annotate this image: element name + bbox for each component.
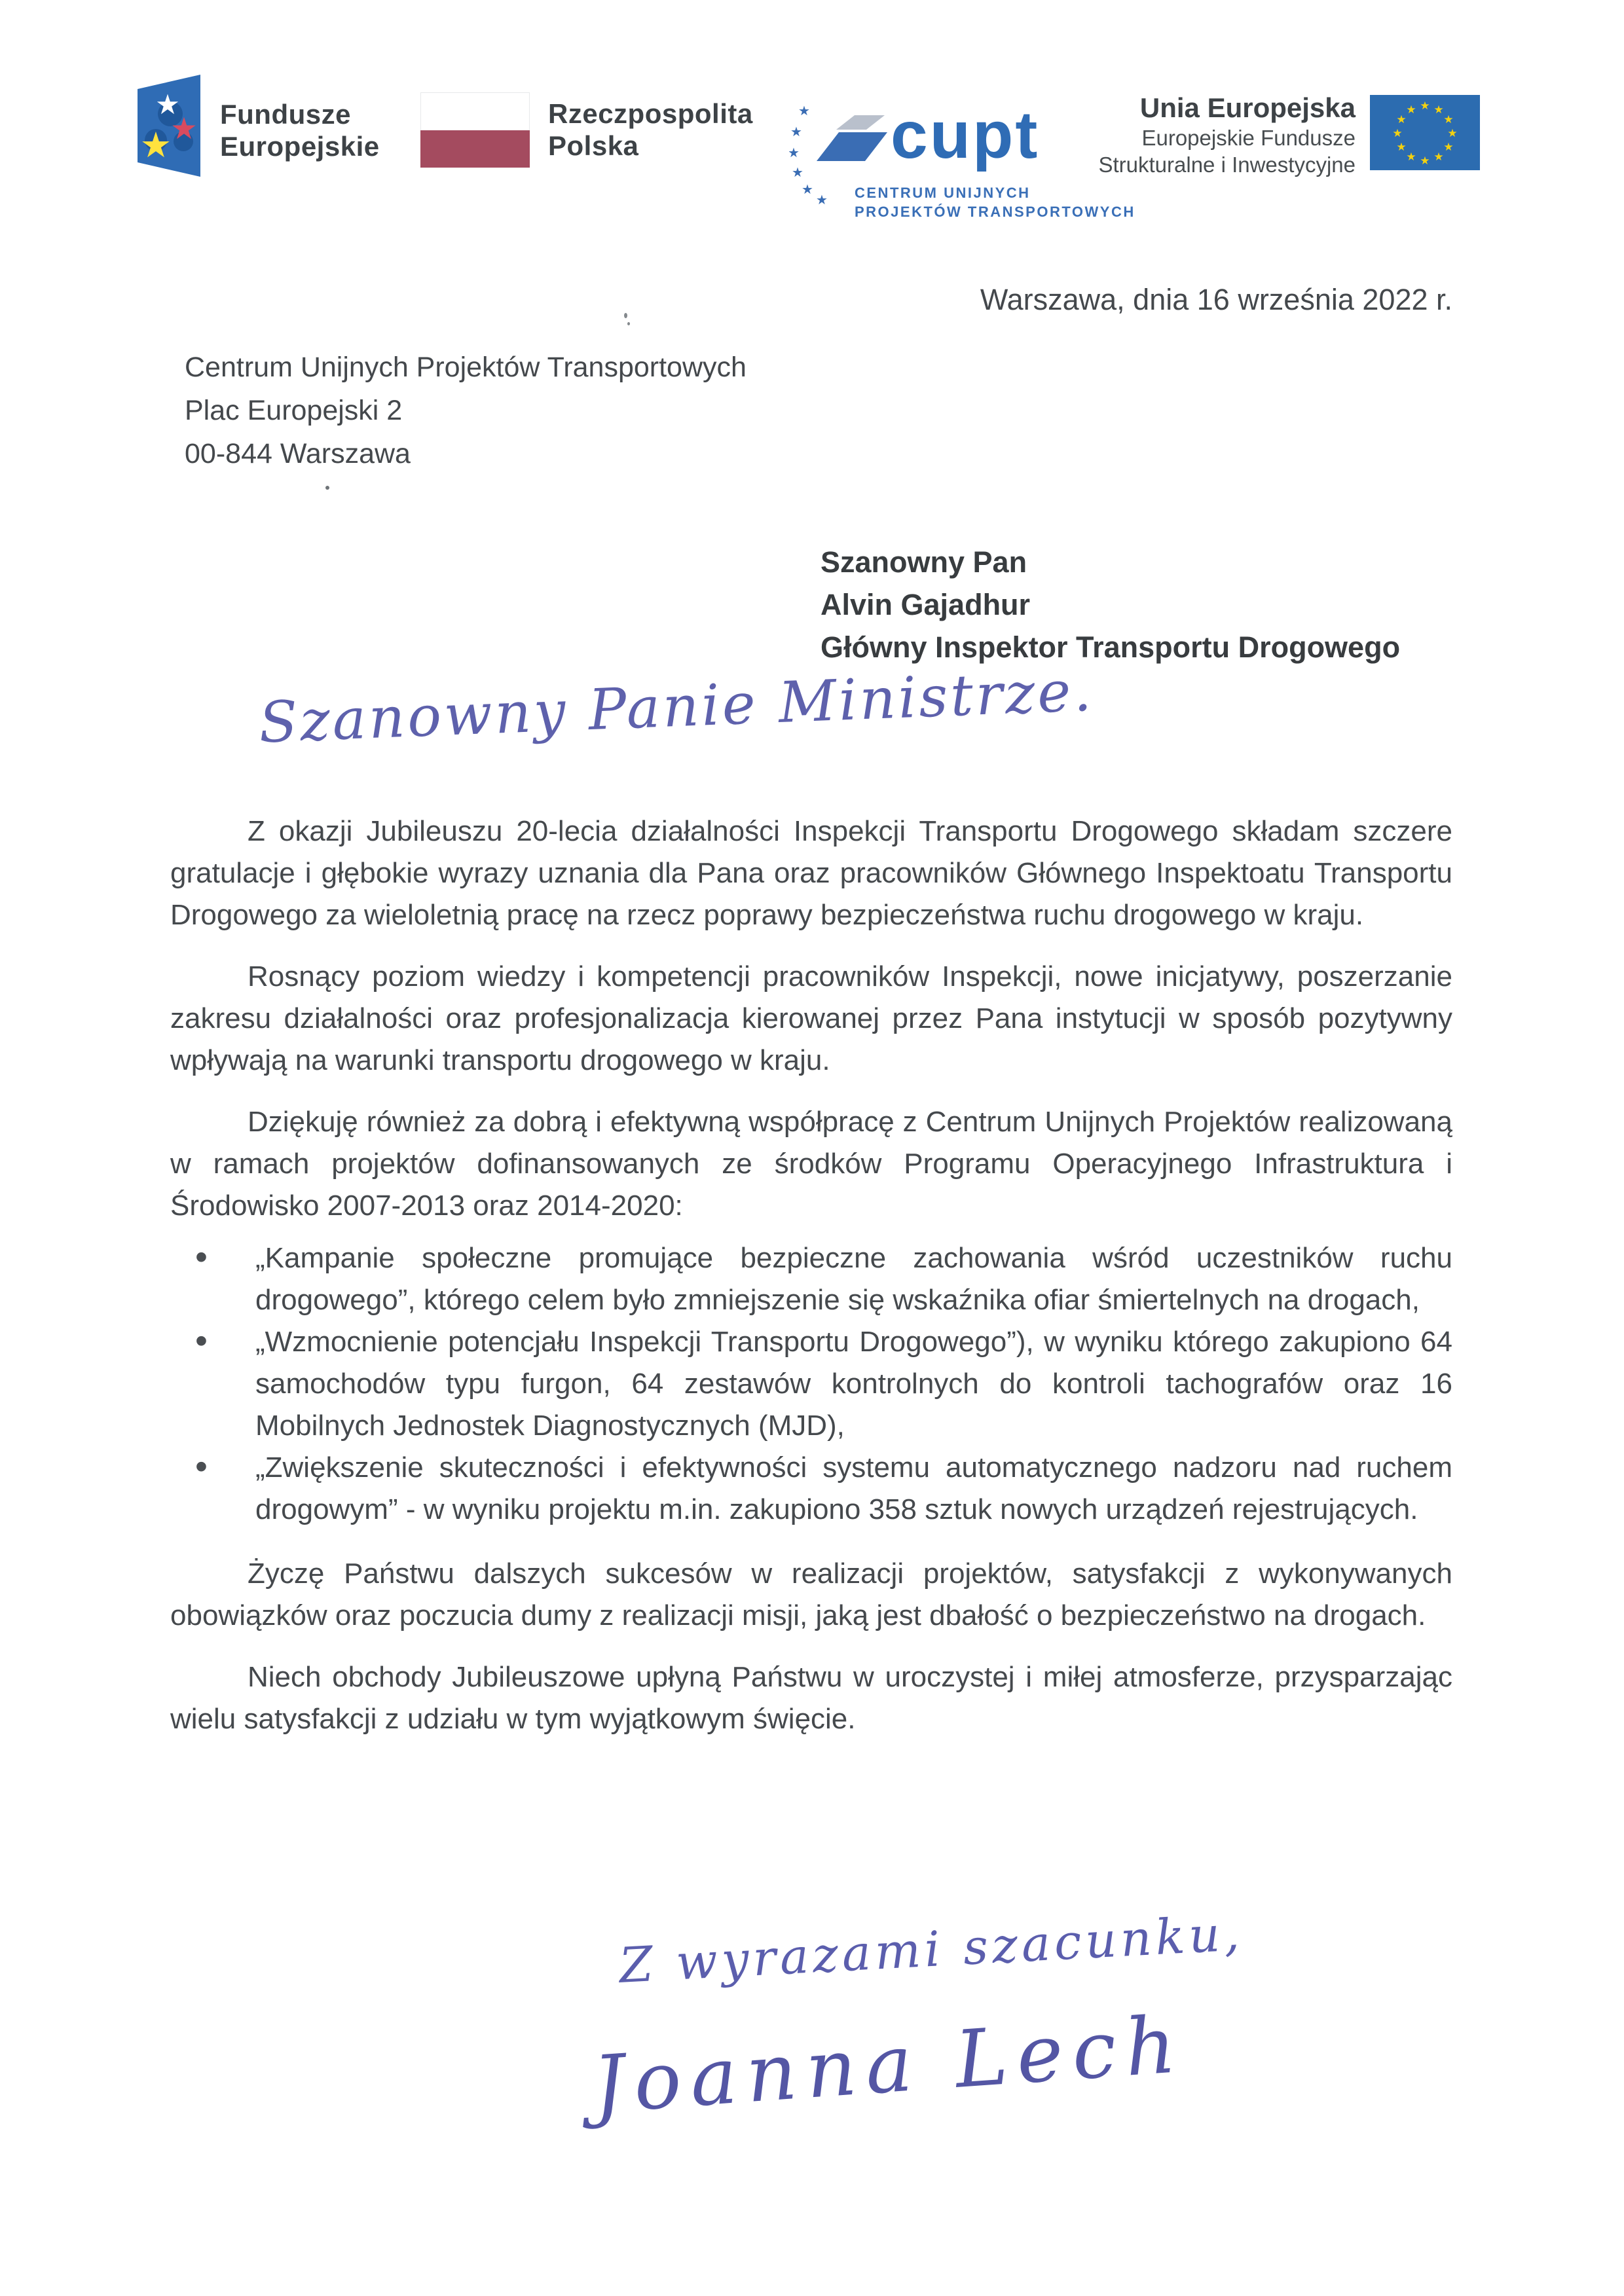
recipient-line-1: Szanowny Pan (821, 541, 1400, 583)
fe-logo-line1: Fundusze (220, 98, 380, 130)
sender-line-3: 00-844 Warszawa (185, 432, 747, 475)
bullet-item-1: „Kampanie społeczne promujące bezpieczne… (170, 1237, 1452, 1321)
cupt-subtitle-line2: PROJEKTÓW TRANSPORTOWYCH (855, 202, 1135, 221)
eu-text-line3: Strukturalne i Inwestycyjne (1061, 151, 1356, 178)
eu-star: ★ (1406, 103, 1416, 117)
cupt-star: ★ (789, 145, 800, 160)
project-bullet-list: „Kampanie społeczne promujące bezpieczne… (170, 1237, 1452, 1531)
rp-logo-line1: Rzeczpospolita (548, 98, 753, 130)
sender-line-1: Centrum Unijnych Projektów Transportowyc… (185, 346, 747, 389)
eu-star: ★ (1433, 103, 1443, 117)
fe-flag-icon: ★ ★ ★ (136, 73, 202, 178)
cupt-star: ★ (816, 192, 828, 208)
fe-star-red: ★ (170, 111, 197, 146)
unia-europejska-logo-text: Unia Europejska Europejskie Fundusze Str… (1061, 92, 1356, 178)
bullet-item-2: „Wzmocnienie potencjału Inspekcji Transp… (170, 1321, 1452, 1447)
scan-speck (624, 313, 627, 318)
cupt-wordmark: cupt (891, 102, 1039, 168)
eu-text-line1: Unia Europejska (1061, 92, 1356, 124)
rp-logo-text: Rzeczpospolita Polska (548, 98, 753, 168)
logo-strip: ★ ★ ★ Fundusze Europejskie Rzeczpospolit… (0, 0, 1624, 236)
eu-star: ★ (1392, 127, 1402, 140)
rp-flag-icon (420, 92, 530, 168)
cupt-star: ★ (790, 124, 802, 139)
eu-star: ★ (1396, 141, 1406, 154)
fe-logo-line2: Europejskie (220, 130, 380, 162)
eu-flag-icon: ★ ★ ★ ★ ★ ★ ★ ★ ★ ★ ★ ★ (1370, 95, 1480, 170)
eu-star: ★ (1420, 100, 1430, 113)
cupt-subtitle-line1: CENTRUM UNIJNYCH (855, 183, 1135, 202)
fe-star-yellow: ★ (140, 124, 172, 166)
dateline: Warszawa, dnia 16 września 2022 r. (980, 283, 1452, 317)
bullet-item-3: „Zwiększenie skuteczności i efektywności… (170, 1447, 1452, 1531)
letter-body: Z okazji Jubileuszu 20-lecia działalnośc… (170, 811, 1452, 1760)
letter-page: ★ ★ ★ Fundusze Europejskie Rzeczpospolit… (0, 0, 1624, 2296)
eu-star: ★ (1443, 113, 1453, 126)
eu-star: ★ (1406, 151, 1416, 164)
fe-logo-text: Fundusze Europejskie (220, 98, 380, 178)
eu-star: ★ (1396, 113, 1406, 126)
eu-text-line2: Europejskie Fundusze (1061, 124, 1356, 151)
sender-line-2: Plac Europejski 2 (185, 389, 747, 432)
cupt-logo: ★ ★ ★ ★ ★ ★ cupt CENTRUM UNIJNYCH PROJEK… (789, 84, 1097, 225)
cupt-star: ★ (798, 103, 810, 118)
cupt-road-icon (817, 115, 887, 161)
handwritten-signature: Joanna Lech (590, 1999, 1188, 2132)
fundusze-europejskie-logo: ★ ★ ★ Fundusze Europejskie (136, 73, 380, 178)
paragraph-1: Z okazji Jubileuszu 20-lecia działalnośc… (170, 811, 1452, 936)
eu-star: ★ (1420, 155, 1430, 168)
scan-speck (325, 486, 329, 490)
recipient-line-3: Główny Inspektor Transportu Drogowego (821, 626, 1400, 668)
handwritten-salutation: Szanowny Panie Ministrze. (258, 659, 1096, 756)
cupt-subtitle: CENTRUM UNIJNYCH PROJEKTÓW TRANSPORTOWYC… (855, 183, 1135, 221)
eu-star: ★ (1443, 141, 1453, 154)
recipient-line-2: Alvin Gajadhur (821, 583, 1400, 626)
sender-address: Centrum Unijnych Projektów Transportowyc… (185, 346, 747, 475)
rzeczpospolita-polska-logo: Rzeczpospolita Polska (420, 92, 753, 168)
recipient-block: Szanowny Pan Alvin Gajadhur Główny Inspe… (821, 541, 1400, 668)
paragraph-5: Niech obchody Jubileuszowe upłyną Państw… (170, 1656, 1452, 1740)
paragraph-4: Życzę Państwu dalszych sukcesów w realiz… (170, 1553, 1452, 1637)
cupt-star: ★ (792, 164, 803, 180)
eu-star: ★ (1433, 151, 1443, 164)
scan-speck (627, 322, 630, 325)
handwritten-closing: Z wyrazami szacunku, (618, 1905, 1244, 1994)
eu-star: ★ (1447, 127, 1457, 140)
paragraph-3: Dziękuję również za dobrą i efektywną ws… (170, 1101, 1452, 1227)
paragraph-2: Rosnący poziom wiedzy i kompetencji prac… (170, 956, 1452, 1082)
cupt-star: ★ (802, 181, 813, 197)
rp-logo-line2: Polska (548, 130, 753, 162)
